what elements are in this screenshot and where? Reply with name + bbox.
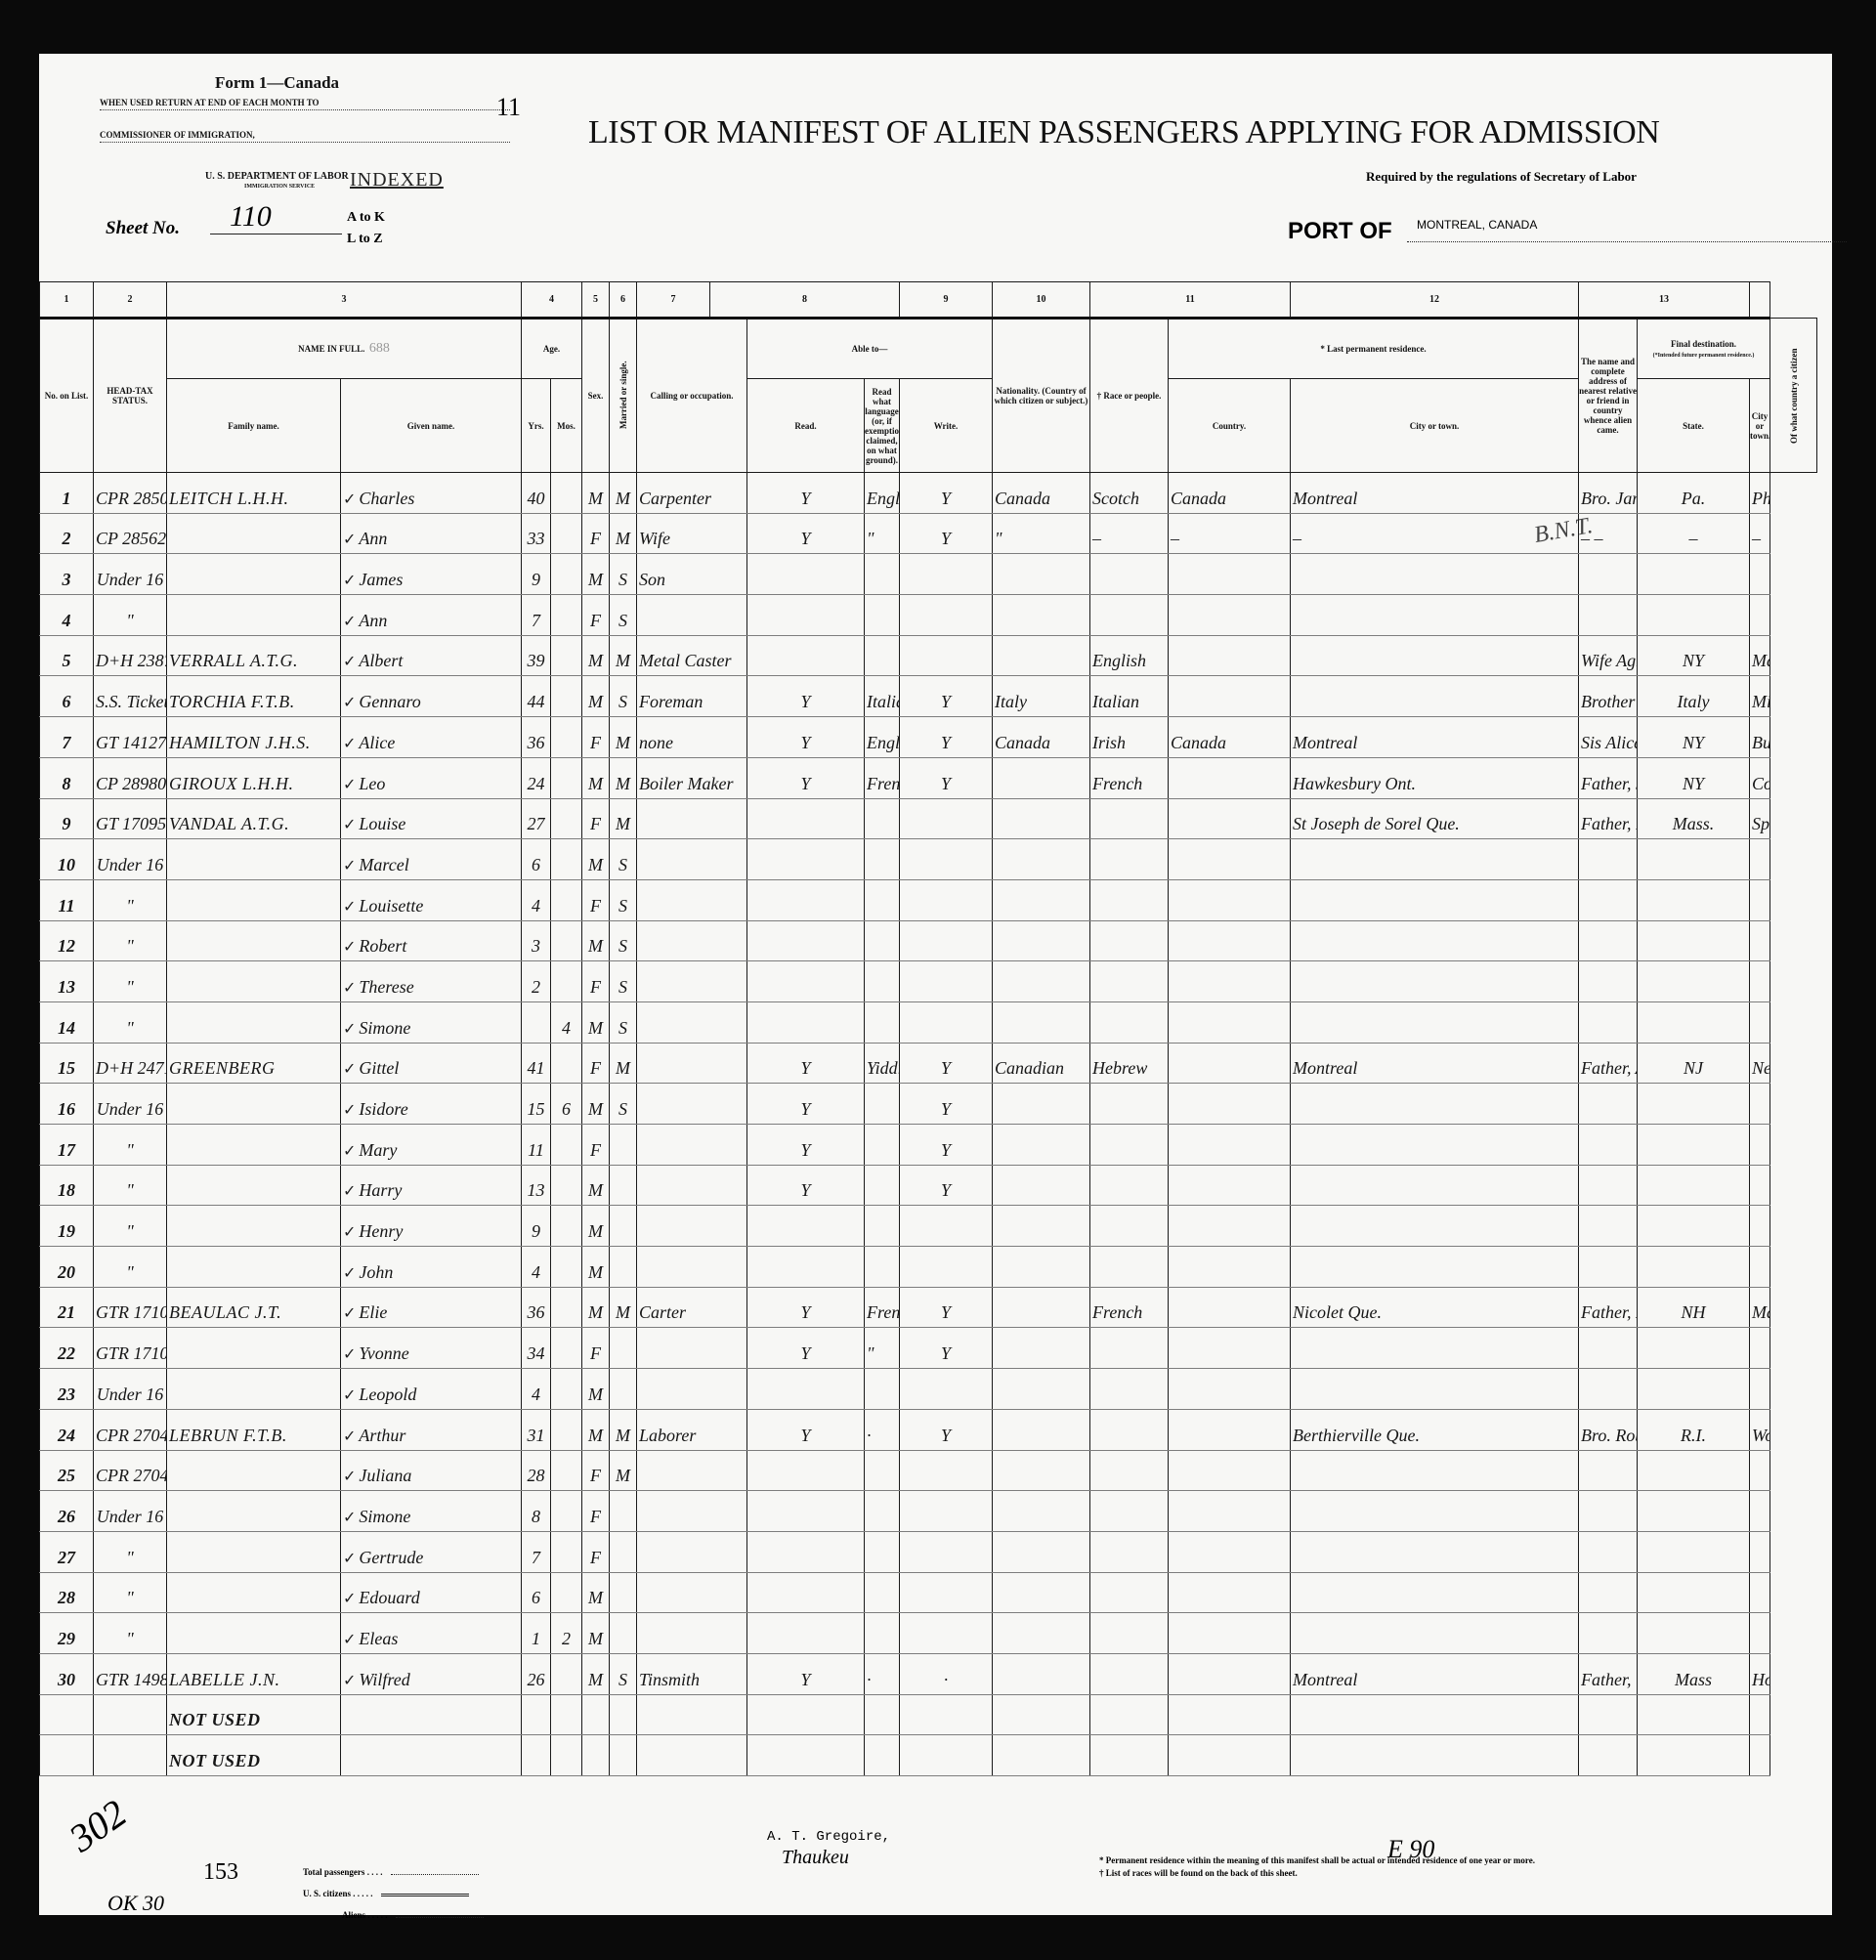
table-row: 14"✓Simone4MS bbox=[40, 1001, 1817, 1043]
cell-race bbox=[1090, 879, 1169, 920]
cell-no: 28 bbox=[40, 1572, 94, 1613]
cell-city bbox=[1291, 1328, 1579, 1369]
cell-city bbox=[1291, 1125, 1579, 1166]
calling-header: Calling or occupation. bbox=[637, 319, 747, 473]
cell-state bbox=[1638, 1694, 1750, 1735]
cell-no: 18 bbox=[40, 1165, 94, 1206]
page-title: LIST OR MANIFEST OF ALIEN PASSENGERS APP… bbox=[588, 114, 1659, 151]
checkmark-icon: ✓ bbox=[343, 858, 356, 874]
cell-relative bbox=[1579, 1694, 1638, 1735]
cell-family bbox=[167, 1613, 341, 1654]
cell-write bbox=[900, 635, 993, 676]
cell-yrs: 1 bbox=[522, 1613, 551, 1654]
cell-tax: GTR 171018 bbox=[94, 1287, 167, 1328]
cell-relative bbox=[1579, 1450, 1638, 1491]
cell-country bbox=[1169, 1613, 1291, 1654]
cell-write bbox=[900, 1206, 993, 1247]
cell-occupation bbox=[637, 1001, 747, 1043]
cell-occupation bbox=[637, 1572, 747, 1613]
cell-state bbox=[1638, 1125, 1750, 1166]
cell-occupation bbox=[637, 798, 747, 839]
cell-dest bbox=[1750, 1084, 1770, 1125]
cell-tax: S.S. Ticket bbox=[94, 676, 167, 717]
cell-yrs: 8 bbox=[522, 1491, 551, 1532]
cell-tax: CPR 270449 bbox=[94, 1450, 167, 1491]
cell-yrs: 13 bbox=[522, 1165, 551, 1206]
cell-tax: Under 16 bbox=[94, 1369, 167, 1410]
cell-ms: M bbox=[610, 1409, 637, 1450]
cell-state bbox=[1638, 879, 1750, 920]
cell-mos bbox=[551, 1409, 582, 1450]
cell-mos bbox=[551, 1531, 582, 1572]
margin-302: 302 bbox=[61, 1790, 135, 1861]
cell-yrs: 7 bbox=[522, 1531, 551, 1572]
cell-occupation bbox=[637, 1165, 747, 1206]
cell-sex: M bbox=[582, 1001, 610, 1043]
port-value: MONTREAL, CANADA bbox=[1407, 218, 1847, 242]
cell-nat bbox=[993, 1491, 1090, 1532]
cell-yrs: 7 bbox=[522, 595, 551, 636]
cell-lang bbox=[865, 961, 900, 1002]
cell-country bbox=[1169, 1572, 1291, 1613]
table-row: 3Under 16✓James9MSSon bbox=[40, 554, 1817, 595]
table-row: 9GT 170951VANDAL A.T.G.✓Louise27FMSt Jos… bbox=[40, 798, 1817, 839]
cell-sex: M bbox=[582, 676, 610, 717]
cell-country bbox=[1169, 1694, 1291, 1735]
cell-yrs: 4 bbox=[522, 879, 551, 920]
cell-state bbox=[1638, 1165, 1750, 1206]
cell-write bbox=[900, 1531, 993, 1572]
cell-race bbox=[1090, 1531, 1169, 1572]
cell-state bbox=[1638, 1247, 1750, 1288]
cell-mos bbox=[551, 920, 582, 961]
cell-lang: English bbox=[865, 717, 900, 758]
cell-read: Y bbox=[747, 1328, 865, 1369]
cell-nat bbox=[993, 1165, 1090, 1206]
cell-given: ✓Edouard bbox=[341, 1572, 522, 1613]
cell-race: French bbox=[1090, 757, 1169, 798]
cell-city bbox=[1291, 1206, 1579, 1247]
cell-family: LEITCH L.H.H. bbox=[167, 473, 341, 514]
department-sub-label: IMMIGRATION SERVICE bbox=[244, 184, 315, 190]
cell-nat bbox=[993, 1328, 1090, 1369]
checkmark-icon: ✓ bbox=[343, 1428, 356, 1445]
cell-city bbox=[1291, 839, 1579, 880]
cell-city bbox=[1291, 635, 1579, 676]
given-name-header: Given name. bbox=[341, 379, 522, 473]
cell-mos bbox=[551, 1653, 582, 1694]
state-header: State. bbox=[1638, 379, 1750, 473]
cell-city bbox=[1291, 676, 1579, 717]
cell-sex: M bbox=[582, 1613, 610, 1654]
cell-tax: CPR 285021 bbox=[94, 473, 167, 514]
cell-no: 5 bbox=[40, 635, 94, 676]
table-row: 12"✓Robert3MS bbox=[40, 920, 1817, 961]
cell-sex: M bbox=[582, 1084, 610, 1125]
cell-mos bbox=[551, 1450, 582, 1491]
cell-given: ✓Eleas bbox=[341, 1613, 522, 1654]
cell-yrs: 28 bbox=[522, 1450, 551, 1491]
cell-occupation bbox=[637, 1084, 747, 1125]
cell-yrs: 40 bbox=[522, 473, 551, 514]
checkmark-icon: ✓ bbox=[343, 1305, 356, 1322]
cell-no: 8 bbox=[40, 757, 94, 798]
cell-lang bbox=[865, 1572, 900, 1613]
cell-sex: M bbox=[582, 554, 610, 595]
col-14 bbox=[1750, 282, 1770, 319]
cell-tax: Under 16 bbox=[94, 1084, 167, 1125]
cell-yrs bbox=[522, 1694, 551, 1735]
read-language-header: Read what language (or, if exemption cla… bbox=[865, 379, 900, 473]
signature-typed: A. T. Gregoire, bbox=[767, 1829, 890, 1845]
cell-tax: GT 170951 bbox=[94, 798, 167, 839]
cell-state bbox=[1638, 1001, 1750, 1043]
cell-lang bbox=[865, 879, 900, 920]
cell-ms bbox=[610, 1247, 637, 1288]
cell-nat bbox=[993, 635, 1090, 676]
cell-sex: M bbox=[582, 1247, 610, 1288]
cell-city bbox=[1291, 554, 1579, 595]
cell-occupation bbox=[637, 1735, 747, 1776]
header-row-2: Family name. Given name. Yrs. Mos. Read.… bbox=[40, 379, 1817, 473]
cell-mos: 2 bbox=[551, 1613, 582, 1654]
cell-tax: CP 289808 bbox=[94, 757, 167, 798]
cell-given: ✓Louisette bbox=[341, 879, 522, 920]
cell-yrs bbox=[522, 1001, 551, 1043]
cell-tax: CPR 270448 bbox=[94, 1409, 167, 1450]
cell-yrs: 39 bbox=[522, 635, 551, 676]
cell-write bbox=[900, 1735, 993, 1776]
cell-race bbox=[1090, 1450, 1169, 1491]
cell-sex bbox=[582, 1694, 610, 1735]
checkmark-icon: ✓ bbox=[343, 695, 356, 711]
cell-state bbox=[1638, 595, 1750, 636]
cell-read bbox=[747, 1694, 865, 1735]
cell-lang bbox=[865, 1735, 900, 1776]
cell-yrs: 6 bbox=[522, 839, 551, 880]
checkmark-icon: ✓ bbox=[343, 817, 356, 833]
cell-occupation bbox=[637, 1613, 747, 1654]
cell-mos bbox=[551, 961, 582, 1002]
cell-yrs: 31 bbox=[522, 1409, 551, 1450]
cell-no bbox=[40, 1694, 94, 1735]
cell-relative bbox=[1579, 554, 1638, 595]
cell-sex: F bbox=[582, 1043, 610, 1084]
col-10: 10 bbox=[993, 282, 1090, 319]
table-row: NOT USED bbox=[40, 1694, 1817, 1735]
cell-yrs: 9 bbox=[522, 1206, 551, 1247]
a-to-k-label: A to K bbox=[347, 210, 385, 226]
cell-sex: M bbox=[582, 920, 610, 961]
cell-yrs: 15 bbox=[522, 1084, 551, 1125]
cell-country bbox=[1169, 961, 1291, 1002]
cell-country bbox=[1169, 635, 1291, 676]
cell-race: Hebrew bbox=[1090, 1043, 1169, 1084]
cell-mos bbox=[551, 757, 582, 798]
not-used-stamp: NOT USED bbox=[167, 1694, 341, 1735]
table-row: 5D+H 23877VERRALL A.T.G.✓Albert39MMMetal… bbox=[40, 635, 1817, 676]
checkmark-icon: ✓ bbox=[343, 1183, 356, 1200]
cell-family: TORCHIA F.T.B. bbox=[167, 676, 341, 717]
aliens-label: Aliens bbox=[342, 1910, 365, 1920]
cell-nat: Canadian bbox=[993, 1043, 1090, 1084]
cell-given: ✓Wilfred bbox=[341, 1653, 522, 1694]
cell-race bbox=[1090, 798, 1169, 839]
cell-state bbox=[1638, 1531, 1750, 1572]
cell-race bbox=[1090, 920, 1169, 961]
cell-dest bbox=[1750, 839, 1770, 880]
cell-tax: " bbox=[94, 1206, 167, 1247]
cell-ms bbox=[610, 1125, 637, 1166]
cell-dest: Holyoke bbox=[1750, 1653, 1770, 1694]
cell-race bbox=[1090, 1084, 1169, 1125]
cell-write bbox=[900, 554, 993, 595]
cell-no: 25 bbox=[40, 1450, 94, 1491]
cell-nat bbox=[993, 1369, 1090, 1410]
table-row: 18"✓Harry13MYY bbox=[40, 1165, 1817, 1206]
cell-ms: M bbox=[610, 1450, 637, 1491]
cell-occupation: Metal Caster bbox=[637, 635, 747, 676]
cell-nat: Italy bbox=[993, 676, 1090, 717]
cell-read: Y bbox=[747, 1043, 865, 1084]
cell-read: Y bbox=[747, 1084, 865, 1125]
cell-state: NH bbox=[1638, 1287, 1750, 1328]
cell-family bbox=[167, 1165, 341, 1206]
checkmark-icon: ✓ bbox=[343, 573, 356, 589]
cell-city bbox=[1291, 1491, 1579, 1532]
cell-state: Pa. bbox=[1638, 473, 1750, 514]
cell-country bbox=[1169, 1735, 1291, 1776]
table-row: 21GTR 171018BEAULAC J.T.✓Elie36MMCarterY… bbox=[40, 1287, 1817, 1328]
table-row: 23Under 16✓Leopold4M bbox=[40, 1369, 1817, 1410]
cell-family: GIROUX L.H.H. bbox=[167, 757, 341, 798]
col-1: 1 bbox=[40, 282, 94, 319]
cell-nat bbox=[993, 1001, 1090, 1043]
cell-occupation bbox=[637, 920, 747, 961]
cell-yrs: 3 bbox=[522, 920, 551, 961]
cell-dest bbox=[1750, 1369, 1770, 1410]
cell-country bbox=[1169, 1369, 1291, 1410]
cell-state: NY bbox=[1638, 717, 1750, 758]
cell-ms: S bbox=[610, 879, 637, 920]
cell-read: Y bbox=[747, 513, 865, 554]
cell-occupation bbox=[637, 1491, 747, 1532]
cell-city: Montreal bbox=[1291, 717, 1579, 758]
cell-city bbox=[1291, 1613, 1579, 1654]
manifest-table: 1 2 3 4 5 6 7 8 9 10 11 12 13 No. on Lis… bbox=[39, 281, 1817, 1776]
checkmark-icon: ✓ bbox=[343, 654, 356, 670]
cell-read bbox=[747, 1001, 865, 1043]
cell-read: Y bbox=[747, 676, 865, 717]
cell-dest bbox=[1750, 961, 1770, 1002]
cell-ms: M bbox=[610, 473, 637, 514]
cell-write bbox=[900, 798, 993, 839]
checkmark-icon: ✓ bbox=[343, 1224, 356, 1241]
cell-lang: French bbox=[865, 1287, 900, 1328]
cell-relative bbox=[1579, 839, 1638, 880]
checkmark-icon: ✓ bbox=[343, 1551, 356, 1567]
write-header: Write. bbox=[900, 379, 993, 473]
header-row-1: No. on List. HEAD-TAX STATUS. NAME IN FU… bbox=[40, 319, 1817, 379]
checkmark-icon: ✓ bbox=[343, 899, 356, 916]
table-row: 27"✓Gertrude7F bbox=[40, 1531, 1817, 1572]
cell-family bbox=[167, 1206, 341, 1247]
cell-given: ✓Albert bbox=[341, 635, 522, 676]
cell-no: 4 bbox=[40, 595, 94, 636]
cell-given: ✓Louise bbox=[341, 798, 522, 839]
cell-family bbox=[167, 1572, 341, 1613]
cell-sex: M bbox=[582, 1369, 610, 1410]
cell-relative: Father, Charles, 4227 10th Ave Rosemount… bbox=[1579, 1653, 1638, 1694]
table-row: 26Under 16✓Simone8F bbox=[40, 1491, 1817, 1532]
cell-dest bbox=[1750, 1328, 1770, 1369]
cell-given: ✓Isidore bbox=[341, 1084, 522, 1125]
checkmark-icon: ✓ bbox=[343, 777, 356, 793]
cell-occupation bbox=[637, 1043, 747, 1084]
indexed-stamp: INDEXED bbox=[350, 169, 444, 192]
manifest-sheet: Form 1—Canada WHEN USED RETURN AT END OF… bbox=[39, 54, 1832, 1915]
cell-lang: " bbox=[865, 513, 900, 554]
cell-read: Y bbox=[747, 717, 865, 758]
cell-dest bbox=[1750, 1206, 1770, 1247]
table-row: 28"✓Edouard6M bbox=[40, 1572, 1817, 1613]
cell-ms: S bbox=[610, 1084, 637, 1125]
cell-country bbox=[1169, 1287, 1291, 1328]
cell-dest bbox=[1750, 1735, 1770, 1776]
cell-family bbox=[167, 513, 341, 554]
cell-family: LEBRUN F.T.B. bbox=[167, 1409, 341, 1450]
cell-dest: Woonsocket bbox=[1750, 1409, 1770, 1450]
cell-mos bbox=[551, 1206, 582, 1247]
cell-ms bbox=[610, 1491, 637, 1532]
cell-nat bbox=[993, 798, 1090, 839]
table-row: 2CP 285620✓Ann33FMWifeY"Y"–––– ––– bbox=[40, 513, 1817, 554]
cell-race bbox=[1090, 1125, 1169, 1166]
cell-tax: " bbox=[94, 1247, 167, 1288]
cell-dest: Cohoes bbox=[1750, 757, 1770, 798]
cell-mos: 4 bbox=[551, 1001, 582, 1043]
cell-city: Montreal bbox=[1291, 473, 1579, 514]
cell-tax: " bbox=[94, 1165, 167, 1206]
cell-dest bbox=[1750, 1572, 1770, 1613]
cell-state bbox=[1638, 1572, 1750, 1613]
cell-lang bbox=[865, 1450, 900, 1491]
cell-yrs: 27 bbox=[522, 798, 551, 839]
name-stamp: 688 bbox=[369, 341, 390, 356]
sheet-number-label: Sheet No. bbox=[106, 218, 180, 239]
cell-tax: D+H 23877 bbox=[94, 635, 167, 676]
cell-mos bbox=[551, 1694, 582, 1735]
mos-header: Mos. bbox=[551, 379, 582, 473]
cell-ms bbox=[610, 1572, 637, 1613]
dest-city-header: City or town. bbox=[1750, 379, 1770, 473]
cell-tax: " bbox=[94, 920, 167, 961]
col-11: 11 bbox=[1090, 282, 1291, 319]
nationality-header: Nationality. (Country of which citizen o… bbox=[993, 319, 1090, 473]
cell-tax bbox=[94, 1694, 167, 1735]
cell-city bbox=[1291, 1531, 1579, 1572]
cell-city bbox=[1291, 1084, 1579, 1125]
stamp-number: 153 bbox=[203, 1859, 238, 1886]
cell-write bbox=[900, 1247, 993, 1288]
cell-state bbox=[1638, 1328, 1750, 1369]
cell-race bbox=[1090, 1613, 1169, 1654]
cell-read: Y bbox=[747, 1125, 865, 1166]
cell-country bbox=[1169, 1084, 1291, 1125]
cell-read bbox=[747, 1613, 865, 1654]
cell-sex bbox=[582, 1735, 610, 1776]
cell-city bbox=[1291, 595, 1579, 636]
margin-ok: OK 30 bbox=[107, 1891, 164, 1916]
cell-sex: F bbox=[582, 1531, 610, 1572]
cell-nat bbox=[993, 879, 1090, 920]
cell-yrs: 2 bbox=[522, 961, 551, 1002]
table-row: 22GTR 171017✓Yvonne34FY"Y bbox=[40, 1328, 1817, 1369]
cell-mos bbox=[551, 676, 582, 717]
cell-sex: F bbox=[582, 513, 610, 554]
cell-mos bbox=[551, 879, 582, 920]
cell-mos bbox=[551, 595, 582, 636]
cell-read bbox=[747, 1491, 865, 1532]
cell-ms: M bbox=[610, 513, 637, 554]
cell-relative bbox=[1579, 879, 1638, 920]
cell-nat bbox=[993, 920, 1090, 961]
cell-write bbox=[900, 1491, 993, 1532]
cell-family: VERRALL A.T.G. bbox=[167, 635, 341, 676]
cell-write bbox=[900, 595, 993, 636]
cell-city bbox=[1291, 1694, 1579, 1735]
cell-ms: S bbox=[610, 920, 637, 961]
cell-race: – bbox=[1090, 513, 1169, 554]
cell-write: Y bbox=[900, 717, 993, 758]
cell-read: Y bbox=[747, 1165, 865, 1206]
cell-lang bbox=[865, 920, 900, 961]
cell-relative: Father, Abraham, 4515 Dominique Montreal bbox=[1579, 1043, 1638, 1084]
cell-no: 13 bbox=[40, 961, 94, 1002]
cell-relative bbox=[1579, 920, 1638, 961]
cell-family bbox=[167, 1125, 341, 1166]
cell-mos bbox=[551, 1287, 582, 1328]
cell-country bbox=[1169, 839, 1291, 880]
col-3: 3 bbox=[167, 282, 522, 319]
cell-relative: Sis Alice, 13 Columbia St, St Catharines… bbox=[1579, 717, 1638, 758]
port-label: PORT OF bbox=[1288, 218, 1392, 245]
cell-race bbox=[1090, 595, 1169, 636]
cell-country bbox=[1169, 1247, 1291, 1288]
cell-country bbox=[1169, 1125, 1291, 1166]
cell-given: ✓Gertrude bbox=[341, 1531, 522, 1572]
cell-state bbox=[1638, 1206, 1750, 1247]
cell-write: Y bbox=[900, 1165, 993, 1206]
cell-relative bbox=[1579, 595, 1638, 636]
cell-country bbox=[1169, 1165, 1291, 1206]
cell-tax: " bbox=[94, 879, 167, 920]
cell-country bbox=[1169, 1531, 1291, 1572]
margin-mark: 11 bbox=[496, 93, 521, 122]
cell-sex: M bbox=[582, 1165, 610, 1206]
cell-dest bbox=[1750, 595, 1770, 636]
cell-relative bbox=[1579, 1247, 1638, 1288]
cell-no: 1 bbox=[40, 473, 94, 514]
cell-sex: F bbox=[582, 798, 610, 839]
cell-country bbox=[1169, 1409, 1291, 1450]
checkmark-icon: ✓ bbox=[343, 1632, 356, 1648]
cell-read bbox=[747, 839, 865, 880]
cell-state bbox=[1638, 1084, 1750, 1125]
cell-occupation: Foreman bbox=[637, 676, 747, 717]
totals-block: Total passengers . . . . U. S. citizens … bbox=[303, 1861, 484, 1926]
cell-tax: " bbox=[94, 961, 167, 1002]
